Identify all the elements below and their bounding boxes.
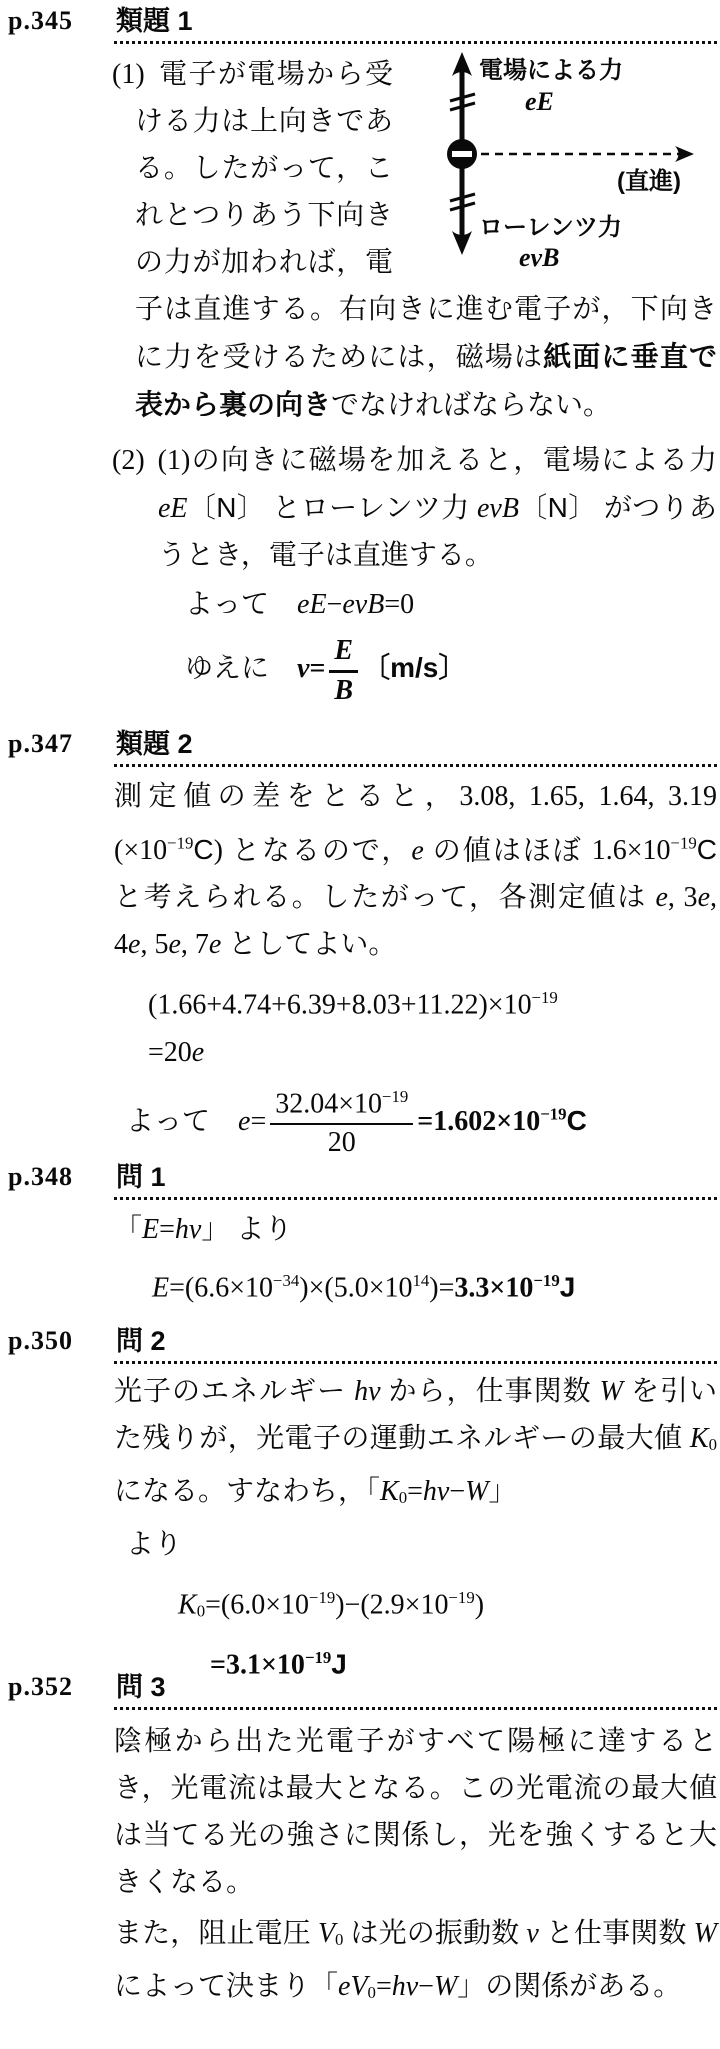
text-run: 」 (488, 1476, 516, 1507)
section-heading: 問 3 (114, 1670, 717, 1710)
page-ref: p.347 (8, 729, 73, 759)
continuation-label: より (126, 1521, 717, 1568)
text-group: (×10−19C) (114, 835, 223, 866)
section-heading: 類題 1 (114, 4, 717, 44)
section-p348: p.348 問 1 「E=hν」 より E=(6.6×10−34)×(5.0×1… (0, 1160, 720, 1311)
text-run: 32.04×10 (275, 1088, 382, 1119)
text-run: と考えられる。したがって，各測定値は (114, 882, 655, 913)
text-run: − (418, 1971, 434, 2002)
equation-expression: v=EB〔m/s〕 (297, 653, 466, 684)
text-run: , 5 (140, 929, 168, 960)
equation-kinetic-energy: K0=(6.0×10−19)−(2.9×10−19) (178, 1574, 717, 1634)
equation-balance: よってeE−evB=0 (185, 581, 717, 628)
text-run: K (690, 1423, 709, 1454)
section-content: 類題 2 測定値の差をとると，3.08, 1.65, 1.64, 3.19 (×… (114, 727, 717, 1166)
fraction: 32.04×10−1920 (270, 1087, 413, 1160)
text-run: −34 (273, 1271, 299, 1290)
text-run: −19 (305, 1648, 331, 1667)
page-ref: p.345 (8, 6, 73, 36)
text-run: 測定値の差をとると，3.08, 1.65, 1.64, 3.19 (114, 781, 717, 812)
text-run: v (297, 653, 309, 684)
text-run: 0 (197, 1601, 205, 1620)
text-run: , 3 (668, 882, 698, 913)
text-run: − (449, 1476, 465, 1507)
text-run: C (193, 834, 213, 865)
section-content: 問 3 陰極から出た光電子がすべて陽極に達するとき，光電流は最大となる。この光電… (114, 1670, 717, 2016)
text-run: eV (338, 1971, 368, 2002)
solution-paragraph: 測定値の差をとると，3.08, 1.65, 1.64, 3.19 (×10−19… (114, 773, 717, 968)
page-ref: p.348 (8, 1162, 73, 1192)
text-run: B (334, 675, 353, 706)
lorentz-force-symbol: evB (519, 243, 559, 272)
text-run: e (209, 929, 221, 960)
text-run: 0 (709, 1435, 717, 1454)
text-run: − (327, 589, 343, 620)
text-run: = (407, 1476, 423, 1507)
text-run: 〕 (568, 493, 597, 524)
text-run: 〔 (519, 493, 548, 524)
text-run: 0 (368, 1983, 376, 2002)
text-run: は光の振動数 (343, 1918, 526, 1949)
text-run: −19 (167, 834, 193, 853)
text-run: −19 (540, 1104, 566, 1123)
text-run: W (465, 1476, 488, 1507)
equation-photon-energy: E=(6.6×10−34)×(5.0×1014)=3.3×10−19J (152, 1257, 717, 1311)
equation-velocity-result: ゆえにv=EB〔m/s〕 (185, 628, 717, 713)
text-run: E (152, 1272, 169, 1303)
text-group: V0 (318, 1918, 344, 1949)
section-p347: p.347 類題 2 測定値の差をとると，3.08, 1.65, 1.64, 3… (0, 727, 720, 1166)
page-ref: p.350 (8, 1326, 73, 1356)
text-run: K (178, 1589, 197, 1620)
equation-sum-result: =20e (148, 1029, 717, 1076)
text-run: E (142, 1214, 159, 1245)
text-run: hν (392, 1971, 418, 2002)
text-run: e (128, 929, 140, 960)
straight-motion-label: (直進) (617, 167, 681, 195)
section-heading: 類題 2 (114, 727, 717, 767)
text-run: C (697, 834, 717, 865)
text-run: W (694, 1918, 717, 1949)
item-marker: (2) (112, 445, 145, 476)
section-p352: p.352 問 3 陰極から出た光電子がすべて陽極に達するとき，光電流は最大とな… (0, 1670, 720, 2016)
section-content: 問 1 「E=hν」 より E=(6.6×10−34)×(5.0×1014)=3… (114, 1160, 717, 1311)
text-run: とローレンツ力 (265, 493, 477, 524)
text-group: eE〔N〕 (158, 493, 265, 524)
equation-expression: e=32.04×10−1920=1.602×10−19C (238, 1106, 587, 1137)
text-run: =(6.6×10 (169, 1272, 273, 1303)
text-run: = (250, 1106, 266, 1137)
section-heading: 問 1 (114, 1160, 717, 1200)
text-run: hν (354, 1376, 380, 1407)
text-run: )×(5.0×10 (299, 1272, 412, 1303)
page-ref: p.352 (8, 1672, 73, 1702)
text-run: でなければならない。 (331, 390, 611, 421)
equation-label: よって (185, 589, 269, 620)
text-run: eE (158, 493, 188, 524)
text-run: −19 (532, 988, 558, 1007)
text-run: eE (297, 589, 327, 620)
text-run: V (318, 1918, 335, 1949)
text-run: 光子のエネルギー (114, 1376, 354, 1407)
text-run: e (238, 1106, 250, 1137)
text-run: = (376, 1971, 392, 2002)
text-run: としてよい。 (221, 929, 396, 960)
equation-label: よって (126, 1106, 210, 1137)
answer-item-1: 電場による力 eE (直進) ローレンツ力 evB (1)電子が電場から受ける力… (114, 51, 717, 429)
equation-expression: eE−evB=0 (297, 589, 414, 620)
text-run: 〔 (188, 493, 217, 524)
text-run: 3.3×10 (454, 1272, 533, 1303)
text-run: )= (429, 1272, 454, 1303)
electric-force-label: 電場による力 (479, 57, 623, 84)
text-run: =0 (384, 589, 414, 620)
text-run: = (159, 1214, 175, 1245)
text-run: )−(2.9×10 (335, 1589, 448, 1620)
text-run: e (698, 882, 710, 913)
solution-paragraph-1: 陰極から出た光電子がすべて陽極に達するとき，光電流は最大となる。この光電流の最大… (114, 1718, 717, 1906)
text-run: (×10 (114, 835, 167, 866)
section-p350: p.350 問 2 光子のエネルギー hν から，仕事関数 W を引いた残りが，… (0, 1324, 720, 1689)
item-text: (1)の向きに磁場を加えると，電場による力 eE〔N〕 とローレンツ力 evB〔… (158, 445, 717, 571)
text-run: = (417, 1106, 433, 1137)
solution-paragraph: 「E=hν」 より (114, 1206, 717, 1253)
text-run: また，阻止電圧 (114, 1918, 318, 1949)
force-balance-diagram: 電場による力 eE (直進) ローレンツ力 evB (399, 51, 717, 283)
text-run: C (567, 1105, 587, 1136)
text-run: K (380, 1476, 399, 1507)
text-group: evB〔N〕 (477, 493, 597, 524)
text-run: となるので， (223, 835, 411, 866)
text-run: e (411, 835, 423, 866)
section-heading: 問 2 (114, 1324, 717, 1364)
text-run: (1.66+4.74+6.39+8.03+11.22)×10 (148, 990, 532, 1021)
text-group: K0 (690, 1423, 717, 1454)
text-group: 1.6×10−19C (592, 835, 717, 866)
text-run: −19 (309, 1588, 335, 1607)
equation-label: ゆえに (185, 653, 269, 684)
text-run: evB (342, 589, 384, 620)
text-run: 」 より (201, 1214, 292, 1245)
text-run: 14 (413, 1271, 430, 1290)
text-run: E (334, 635, 353, 666)
text-run: から，仕事関数 (381, 1376, 600, 1407)
text-run: になる。すなわち，「 (114, 1476, 380, 1507)
text-run: 〕 (236, 493, 265, 524)
section-content: 類題 1 電場による力 eE (直進) ローレンツ力 evB (114, 4, 717, 713)
text-run: e (655, 882, 667, 913)
text-run: e (168, 929, 180, 960)
electron-minus-sign (452, 151, 472, 157)
text-run: W (600, 1376, 623, 1407)
text-run: −19 (533, 1271, 559, 1290)
text-run: evB (477, 493, 519, 524)
text-run: 」の関係がある。 (457, 1971, 681, 2002)
text-run: 1.602×10 (433, 1106, 540, 1137)
text-run: によって決まり「 (114, 1971, 338, 2002)
text-run: と仕事関数 (539, 1918, 694, 1949)
text-run: =(6.0×10 (205, 1589, 309, 1620)
text-run: N (216, 492, 236, 523)
text-run: = (309, 653, 325, 684)
item-marker: (1) (112, 59, 145, 90)
text-run: hν (175, 1214, 201, 1245)
section-p345: p.345 類題 1 電場による力 eE (直進) ローレンツ力 (0, 4, 720, 713)
solution-paragraph-2: また，阻止電圧 V0 は光の振動数 ν と仕事関数 W によって決まり「eV0=… (114, 1910, 717, 2016)
text-run: e (192, 1037, 204, 1068)
text-run: −19 (382, 1087, 408, 1106)
text-run: −19 (671, 834, 697, 853)
solution-paragraph: 光子のエネルギー hν から，仕事関数 W を引いた残りが，光電子の運動エネルギ… (114, 1368, 717, 1521)
text-run: , 7 (181, 929, 209, 960)
answer-item-2: (2)(1)の向きに磁場を加えると，電場による力 eE〔N〕 とローレンツ力 e… (114, 437, 717, 579)
equation-sum: (1.66+4.74+6.39+8.03+11.22)×10−19 (148, 974, 717, 1028)
fraction: EB (329, 635, 358, 707)
text-run: ) (475, 1589, 484, 1620)
electric-force-symbol: eE (525, 87, 554, 116)
text-run: 〕 (438, 653, 466, 684)
text-run: W (434, 1971, 457, 2002)
text-run: =20 (148, 1037, 192, 1068)
text-run: (1)の向きに磁場を加えると，電場による力 (158, 445, 717, 476)
text-run: J (560, 1271, 576, 1302)
text-run: の値はほぼ (424, 835, 592, 866)
text-run: 0 (399, 1488, 407, 1507)
text-run: m/s (390, 652, 438, 683)
text-run: −19 (448, 1588, 474, 1607)
text-run: 「 (114, 1214, 142, 1245)
text-group: K0=hν−W (380, 1476, 488, 1507)
text-run: ν (526, 1918, 538, 1949)
text-run: hν (423, 1476, 449, 1507)
section-content: 問 2 光子のエネルギー hν から，仕事関数 W を引いた残りが，光電子の運動… (114, 1324, 717, 1689)
text-run: N (548, 492, 568, 523)
equation-charge-result: よってe=32.04×10−1920=1.602×10−19C (126, 1080, 717, 1166)
text-run: 20 (328, 1127, 356, 1158)
lorentz-force-label: ローレンツ力 (479, 214, 622, 241)
text-run: 〔 (362, 653, 390, 684)
text-group: eV0=hν−W (338, 1971, 457, 2002)
text-run: ) (214, 835, 223, 866)
text-run: 1.6×10 (592, 835, 671, 866)
